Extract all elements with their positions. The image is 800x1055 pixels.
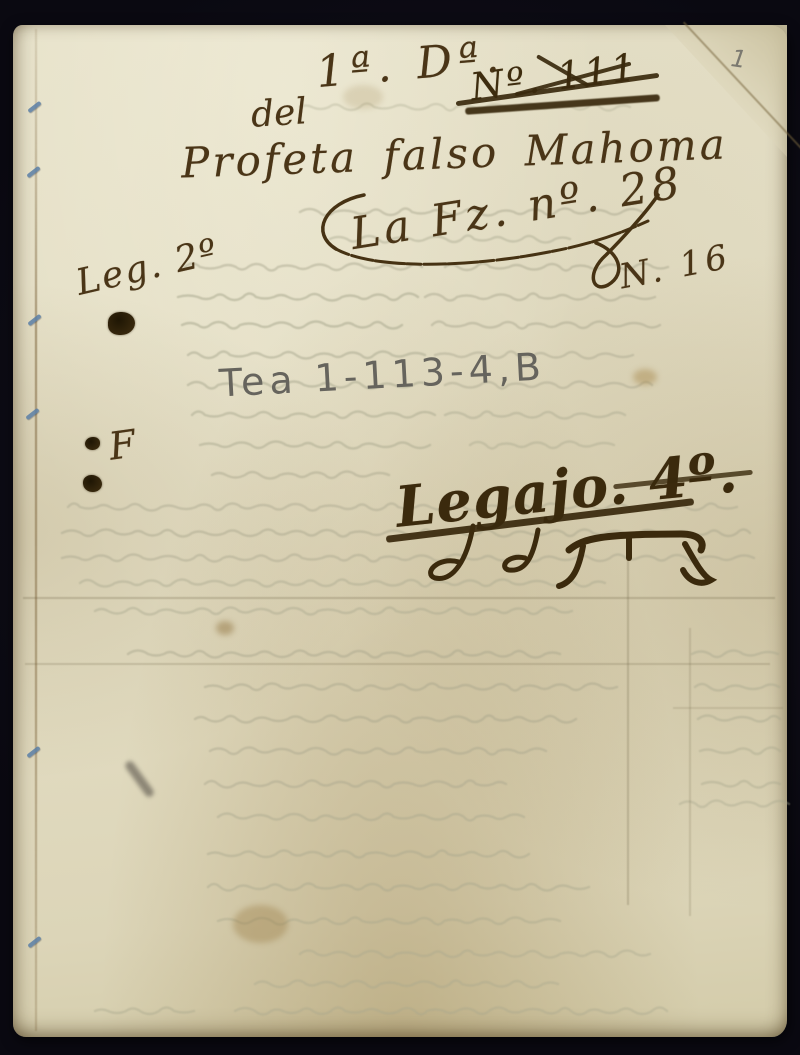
bleedthrough-line: [300, 945, 650, 963]
bleedthrough-line: [192, 406, 432, 424]
legajo-note: Leg. 2º: [72, 231, 222, 304]
stain: [233, 905, 288, 943]
crease-line: [25, 663, 770, 665]
crease-line: [673, 707, 783, 709]
binding-hinge: [35, 29, 37, 1031]
bleedthrough-line: [470, 436, 600, 454]
smudge: [124, 759, 156, 798]
stain: [216, 621, 234, 635]
bleedthrough-line: [95, 1002, 175, 1020]
bleedthrough-line: [205, 678, 605, 696]
del-word: del: [250, 91, 309, 136]
crease-line: [689, 628, 691, 916]
legajo-descender-flourish: [433, 520, 713, 660]
bleedthrough-line: [445, 406, 620, 424]
ink-blot: [108, 312, 135, 335]
bleedthrough-line: [255, 975, 555, 993]
bleedthrough-line: [235, 1002, 655, 1020]
bleedthrough-line: [200, 436, 420, 454]
stain: [633, 369, 657, 385]
initial-letter: F: [106, 421, 138, 468]
bleedthrough-line: [205, 775, 505, 793]
bleedthrough-line: [195, 710, 565, 728]
bleedthrough-line: [700, 742, 778, 760]
bleedthrough-line: [695, 678, 775, 696]
bleedthrough-line: [680, 795, 780, 813]
bleedthrough-line: [210, 742, 530, 760]
bleedthrough-line: [212, 466, 372, 484]
bleedthrough-line: [702, 775, 777, 793]
bleedthrough-line: [218, 808, 518, 826]
ink-blot: [85, 437, 100, 450]
paper: 1 1ª. Dª. Nº. 111 del Profeta falso Maho…: [13, 25, 787, 1037]
bleedthrough-line: [208, 845, 518, 863]
bleedthrough-line: [698, 710, 778, 728]
stitch-thread: [26, 166, 40, 178]
bleedthrough-line: [208, 878, 578, 896]
scanned-page-scene: 1 1ª. Dª. Nº. 111 del Profeta falso Maho…: [0, 0, 800, 1055]
stitch-thread: [25, 408, 39, 420]
stitch-thread: [26, 746, 40, 758]
ink-blot: [83, 475, 102, 492]
pencil-shelfmark: Tea 1-113-4,B: [218, 344, 547, 405]
